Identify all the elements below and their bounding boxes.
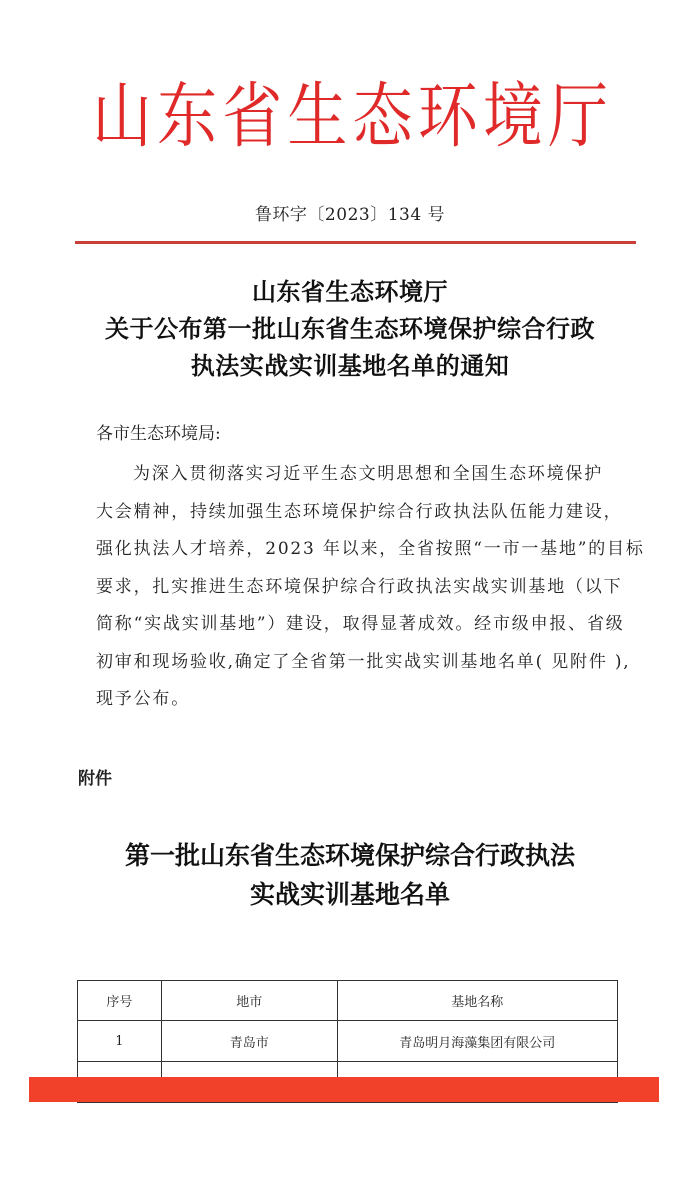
body-paragraph: 为深入贯彻落实习近平生态文明思想和全国生态环境保护 大会精神，持续加强生态环境保… <box>96 456 606 719</box>
attachment-title-line-2: 实战实训基地名单 <box>0 875 700 911</box>
notice-title-line-3: 执法实战实训基地名单的通知 <box>0 346 700 381</box>
header-city: 地市 <box>161 981 337 1021</box>
table-header-row: 序号 地市 基地名称 <box>78 981 618 1021</box>
body-line: 大会精神，持续加强生态环境保护综合行政执法队伍能力建设， <box>96 494 606 532</box>
header-base-name: 基地名称 <box>337 981 617 1021</box>
body-line: 要求，扎实推进生态环境保护综合行政执法实战实训基地（以下 <box>96 569 606 607</box>
body-line: 简称“实战实训基地”）建设，取得显著成效。经市级申报、省级 <box>96 606 606 644</box>
cell-seq: 1 <box>78 1021 162 1062</box>
masthead-char: 环 <box>416 82 480 153</box>
table-row: 1 青岛市 青岛明月海藻集团有限公司 <box>78 1021 618 1062</box>
notice-title-line-1: 山东省生态环境厅 <box>0 272 700 307</box>
attachment-title-line-1: 第一批山东省生态环境保护综合行政执法 <box>0 836 700 872</box>
salutation: 各市生态环境局: <box>96 419 221 444</box>
cell-city: 青岛市 <box>161 1021 337 1062</box>
masthead-org-name: 山 东 省 生 态 环 境 厅 <box>90 64 610 170</box>
masthead-char: 山 <box>90 82 154 153</box>
cell-base-name: 青岛明月海藻集团有限公司 <box>337 1021 617 1062</box>
red-divider <box>75 241 636 244</box>
masthead-char: 厅 <box>546 82 610 153</box>
body-line: 现予公布。 <box>96 681 606 719</box>
masthead-char: 境 <box>481 82 545 153</box>
attachment-label: 附件 <box>78 764 112 789</box>
masthead-char: 生 <box>285 82 349 153</box>
notice-title-line-2: 关于公布第一批山东省生态环境保护综合行政 <box>0 309 700 344</box>
masthead-char: 态 <box>351 82 415 153</box>
masthead-char: 省 <box>220 82 284 153</box>
masthead-char: 东 <box>155 82 219 153</box>
body-line: 强化执法人才培养，2023 年以来，全省按照“一市一基地”的目标 <box>96 531 606 569</box>
body-line: 初审和现场验收,确定了全省第一批实战实训基地名单( 见附件 ), <box>96 644 606 682</box>
red-overlay-bar <box>29 1077 659 1102</box>
document-number: 鲁环字〔2023〕134 号 <box>0 200 700 225</box>
body-line: 为深入贯彻落实习近平生态文明思想和全国生态环境保护 <box>96 456 606 494</box>
header-seq: 序号 <box>78 981 162 1021</box>
